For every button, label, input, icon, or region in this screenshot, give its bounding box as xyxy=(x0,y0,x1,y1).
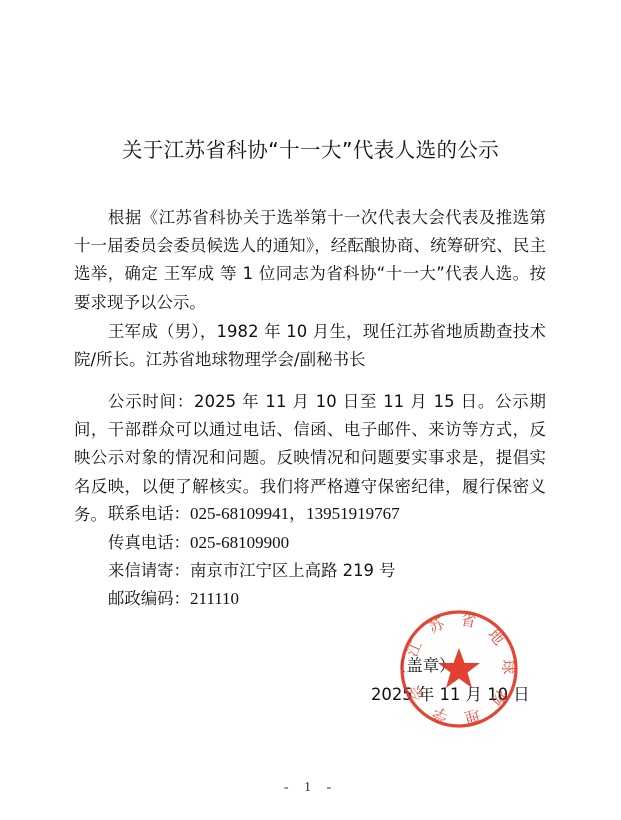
contact-address: 来信请寄：南京市江宁区上高路 219 号 xyxy=(108,557,396,585)
document-title: 关于江苏省科协“十一大”代表人选的公示 xyxy=(0,136,621,164)
contact-phone-label: 联系电话： xyxy=(108,504,190,523)
contact-phone: 联系电话：025-68109941，13951919767 xyxy=(108,500,400,528)
contact-fax-label: 传真电话： xyxy=(108,533,190,552)
contact-phone-value: 025-68109941，13951919767 xyxy=(190,504,400,523)
paragraph-candidate: 王军成（男），1982 年 10 月生，现任江苏省地质勘查技术院/所长。江苏省地… xyxy=(74,318,546,374)
contact-address-label: 来信请寄： xyxy=(108,561,190,580)
signature-date: 2025 年 11 月 10 日 xyxy=(371,681,530,709)
paragraph-intro: 根据《江苏省科协关于选举第十一次代表大会代表及推选第十一届委员会委员候选人的通知… xyxy=(74,204,546,317)
page-number: - 1 - xyxy=(0,778,621,798)
contact-postcode-value: 211110 xyxy=(190,589,239,608)
contact-fax: 传真电话：025-68109900 xyxy=(108,529,289,557)
seal-label: （盖章） xyxy=(390,652,456,680)
contact-postcode: 邮政编码：211110 xyxy=(108,585,239,613)
document-page: 关于江苏省科协“十一大”代表人选的公示 根据《江苏省科协关于选举第十一次代表大会… xyxy=(0,0,621,820)
contact-postcode-label: 邮政编码： xyxy=(108,589,190,608)
contact-fax-value: 025-68109900 xyxy=(190,533,289,552)
contact-address-value: 南京市江宁区上高路 219 号 xyxy=(190,561,396,580)
